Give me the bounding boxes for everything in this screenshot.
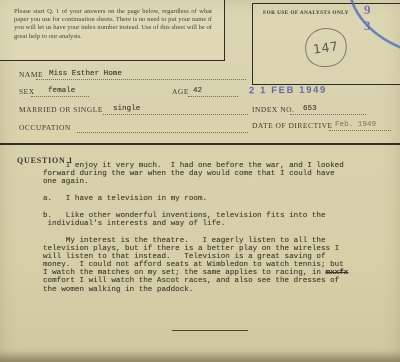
- paper-edge-shadow: [0, 351, 400, 362]
- answer-paragraph-2-text: My interest is the theatre. I eagerly li…: [43, 237, 344, 277]
- sex-value: female: [48, 87, 75, 95]
- index-no-value: 653: [303, 105, 317, 113]
- directive-date-label: DATE OF DIRECTIVE: [252, 121, 333, 130]
- name-label: NAME: [19, 70, 43, 79]
- date-received-stamp: 2 1 FEB 1949: [249, 85, 327, 97]
- scanned-questionnaire-page: Please start Q. 1 of your answers on the…: [0, 0, 400, 362]
- occupation-label: OCCUPATION: [19, 123, 71, 132]
- instruction-text: Please start Q. 1 of your answers on the…: [14, 8, 212, 41]
- married-or-single-value: single: [113, 105, 140, 113]
- answer-item-a: a. I have a television in my room.: [43, 195, 207, 203]
- directive-date-value: Feb. 1949: [335, 121, 376, 129]
- age-value: 42: [193, 87, 202, 95]
- answer-item-b: b. Like other wonderful inventions, tele…: [43, 212, 326, 228]
- index-no-label: INDEX NO.: [252, 105, 294, 114]
- directive-date-field-line: [329, 129, 391, 131]
- occupation-field-line: [77, 131, 248, 133]
- answer-paragraph-1: I enjoy it very much. I had one before t…: [43, 162, 344, 186]
- index-no-field-line: [290, 113, 366, 115]
- age-label: AGE: [172, 87, 189, 96]
- married-or-single-label: MARRIED OR SINGLE: [19, 105, 103, 114]
- answer-paragraph-2: My interest is the theatre. I eagerly li…: [43, 237, 348, 294]
- end-of-answer-rule: [172, 330, 248, 331]
- married-field-line: [103, 113, 248, 115]
- sex-label: SEX: [19, 87, 35, 96]
- sex-field-line: [31, 95, 89, 97]
- name-value: Miss Esther Home: [49, 70, 122, 78]
- age-field-line: [188, 95, 238, 97]
- name-field-line: [36, 78, 246, 80]
- section-divider-rule: [0, 143, 400, 145]
- answer-paragraph-2-continued: comfort I will watch the Ascot races, an…: [43, 277, 339, 293]
- circled-number-value: 147: [312, 38, 339, 56]
- instruction-box: Please start Q. 1 of your answers on the…: [0, 0, 225, 61]
